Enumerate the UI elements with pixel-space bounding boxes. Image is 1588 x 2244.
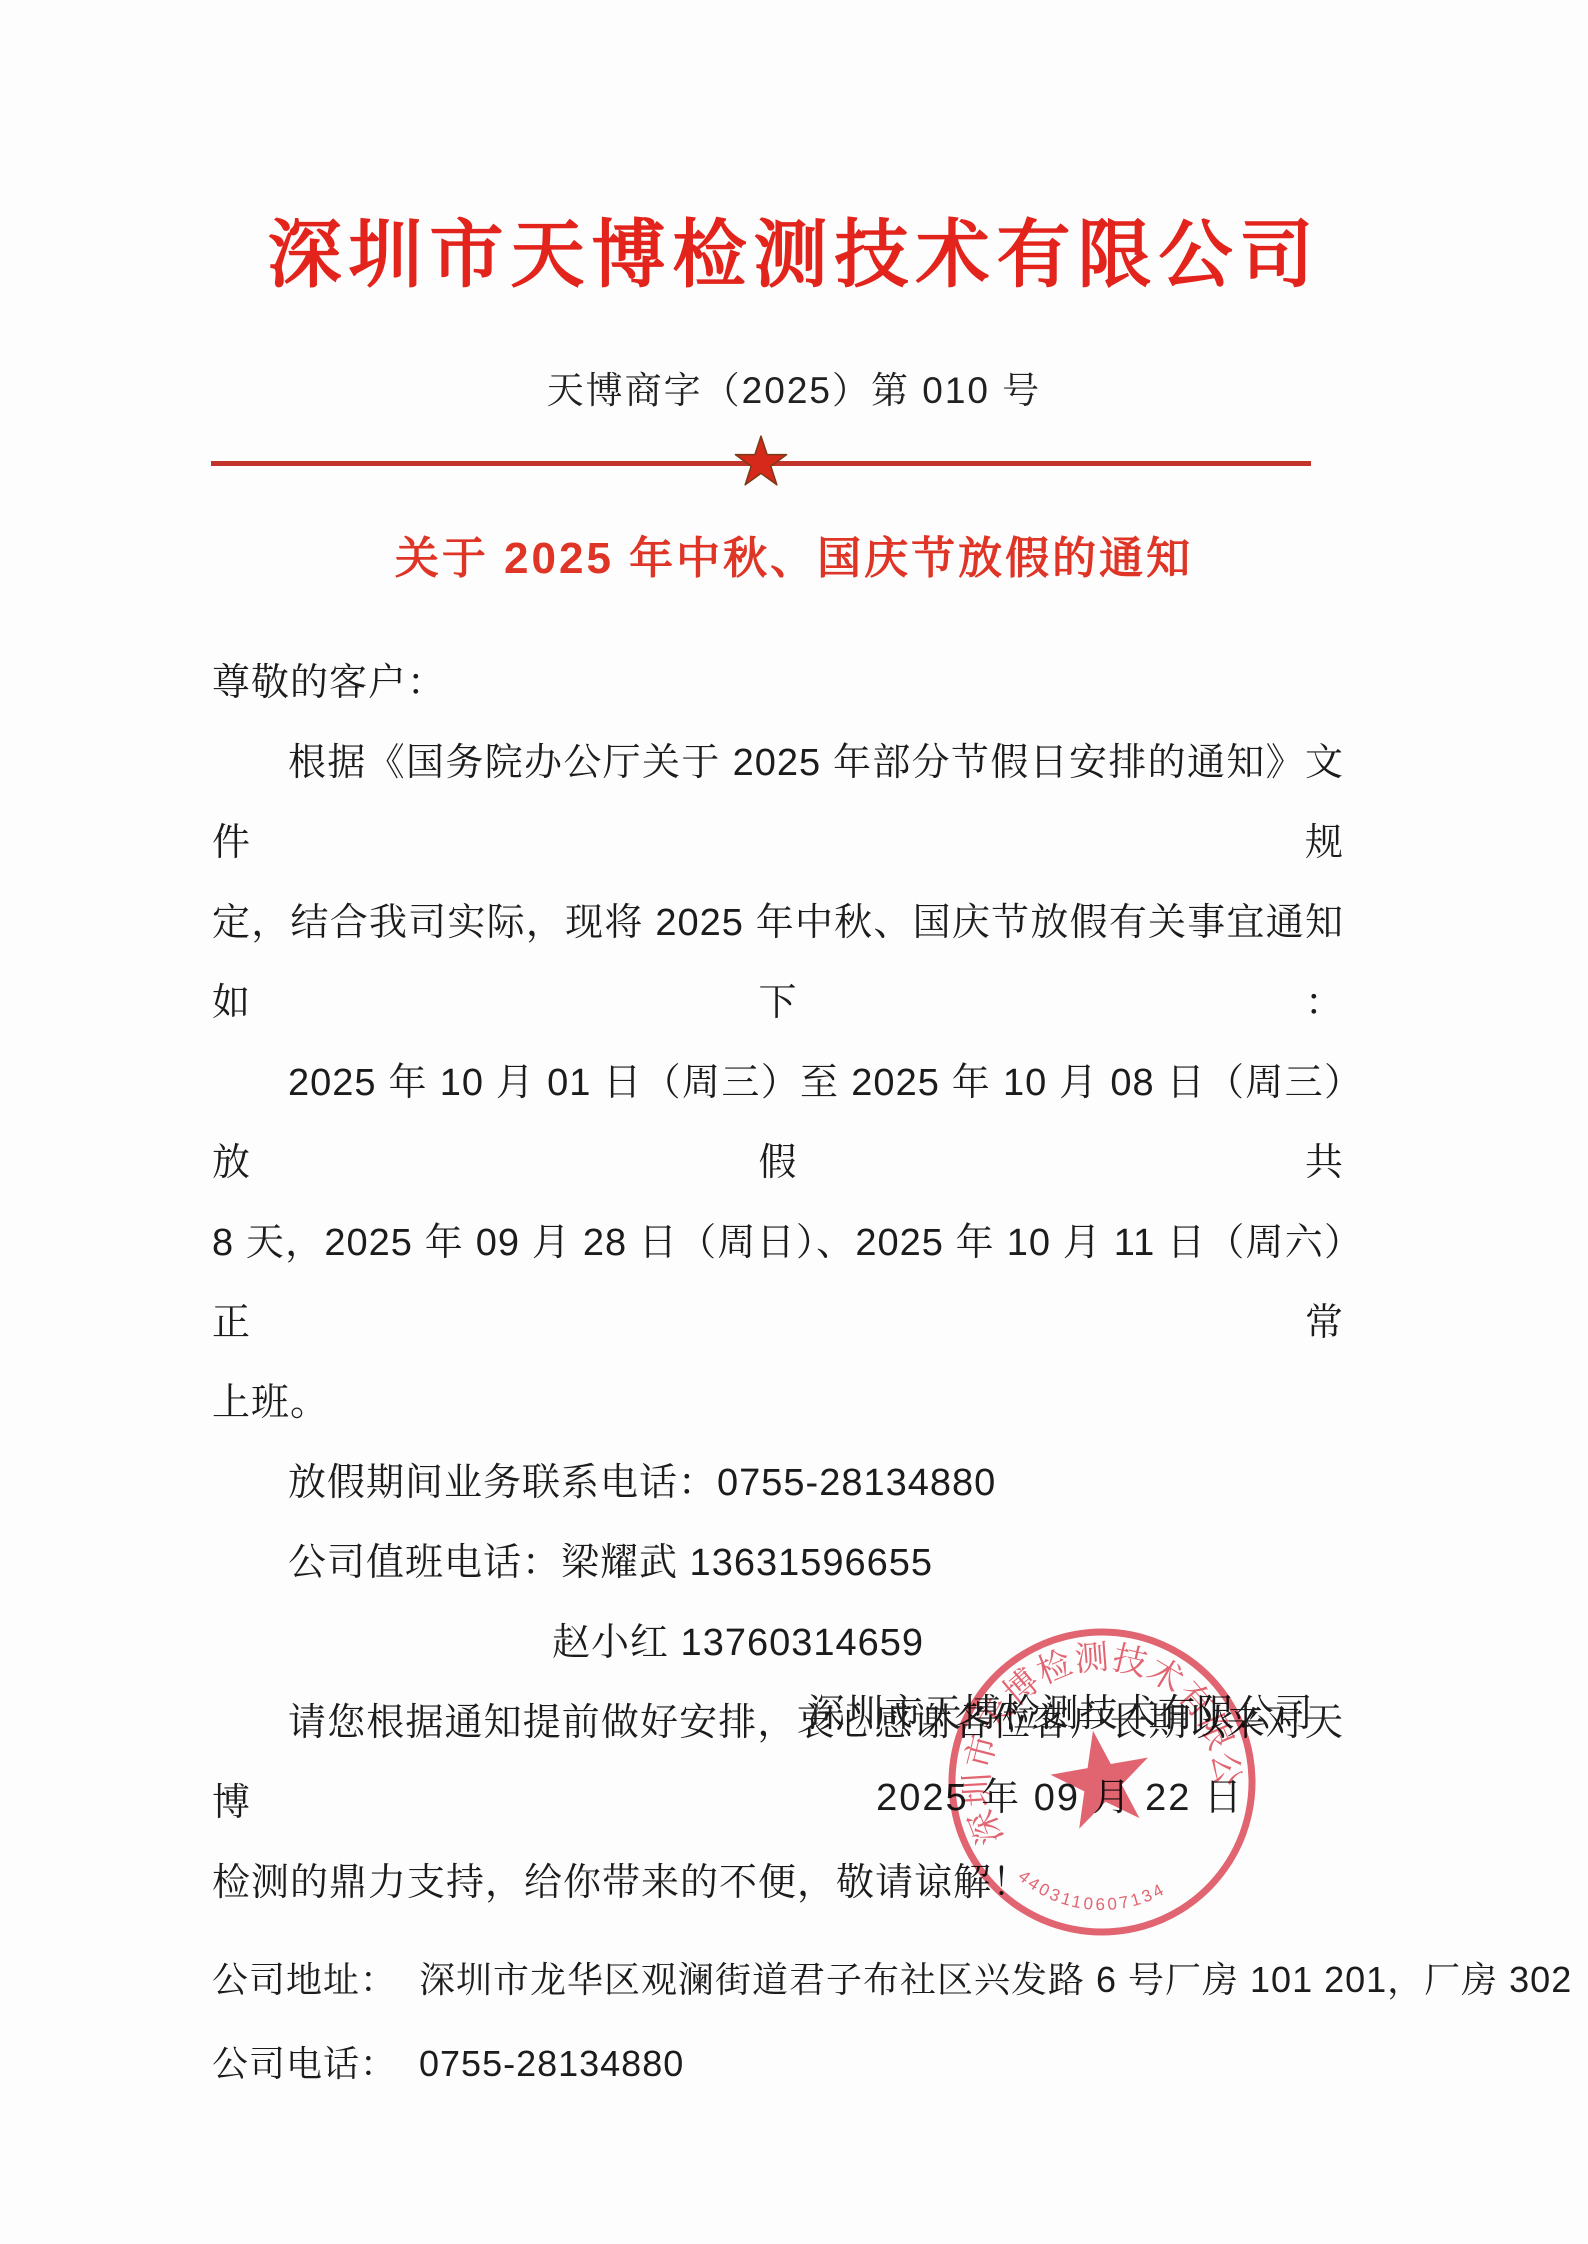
body-line-salutation: 尊敬的客户： — [212, 643, 1344, 723]
footer-company-address: 公司地址： 深圳市龙华区观澜街道君子布社区兴发路 6 号厂房 101 201，厂… — [212, 1952, 1572, 2003]
body-line: 上班。 — [212, 1363, 1344, 1443]
body-line: 2025 年 10 月 01 日（周三）至 2025 年 10 月 08 日（周… — [212, 1043, 1344, 1203]
company-seal-stamp: 深圳市天博检测技术有限公司 4403110607134 — [930, 1610, 1274, 1954]
notice-document-page: 深圳市天博检测技术有限公司 天博商字（2025）第 010 号 关于 2025 … — [0, 0, 1588, 2244]
company-title: 深圳市天博检测技术有限公司 — [0, 196, 1588, 302]
notice-heading: 关于 2025 年中秋、国庆节放假的通知 — [0, 522, 1588, 586]
title-divider — [211, 430, 1311, 496]
red-star-icon — [730, 432, 792, 494]
body-line-duty-phone: 公司值班电话：梁耀武 13631596655 — [212, 1523, 1344, 1603]
document-number: 天博商字（2025）第 010 号 — [0, 360, 1588, 414]
body-line: 8 天，2025 年 09 月 28 日（周日）、2025 年 10 月 11 … — [212, 1203, 1344, 1363]
footer-company-phone: 公司电话： 0755-28134880 — [212, 2036, 684, 2087]
seal-star-icon — [1044, 1722, 1158, 1832]
body-line-hotline: 放假期间业务联系电话：0755-28134880 — [212, 1443, 1344, 1523]
body-line: 定，结合我司实际，现将 2025 年中秋、国庆节放假有关事宜通知如下： — [212, 883, 1344, 1043]
body-line: 根据《国务院办公厅关于 2025 年部分节假日安排的通知》文件规 — [212, 723, 1344, 883]
